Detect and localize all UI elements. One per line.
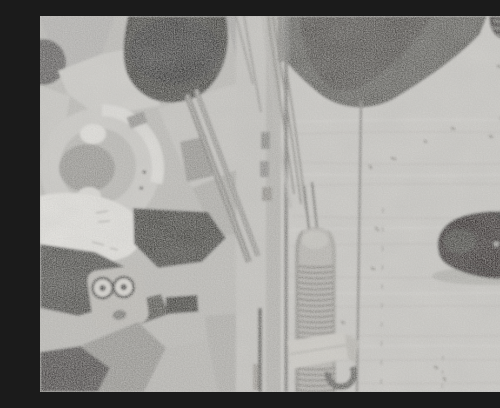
photo-canvas [40, 16, 500, 392]
exposure-blotch [40, 16, 500, 392]
photograph [40, 16, 500, 392]
